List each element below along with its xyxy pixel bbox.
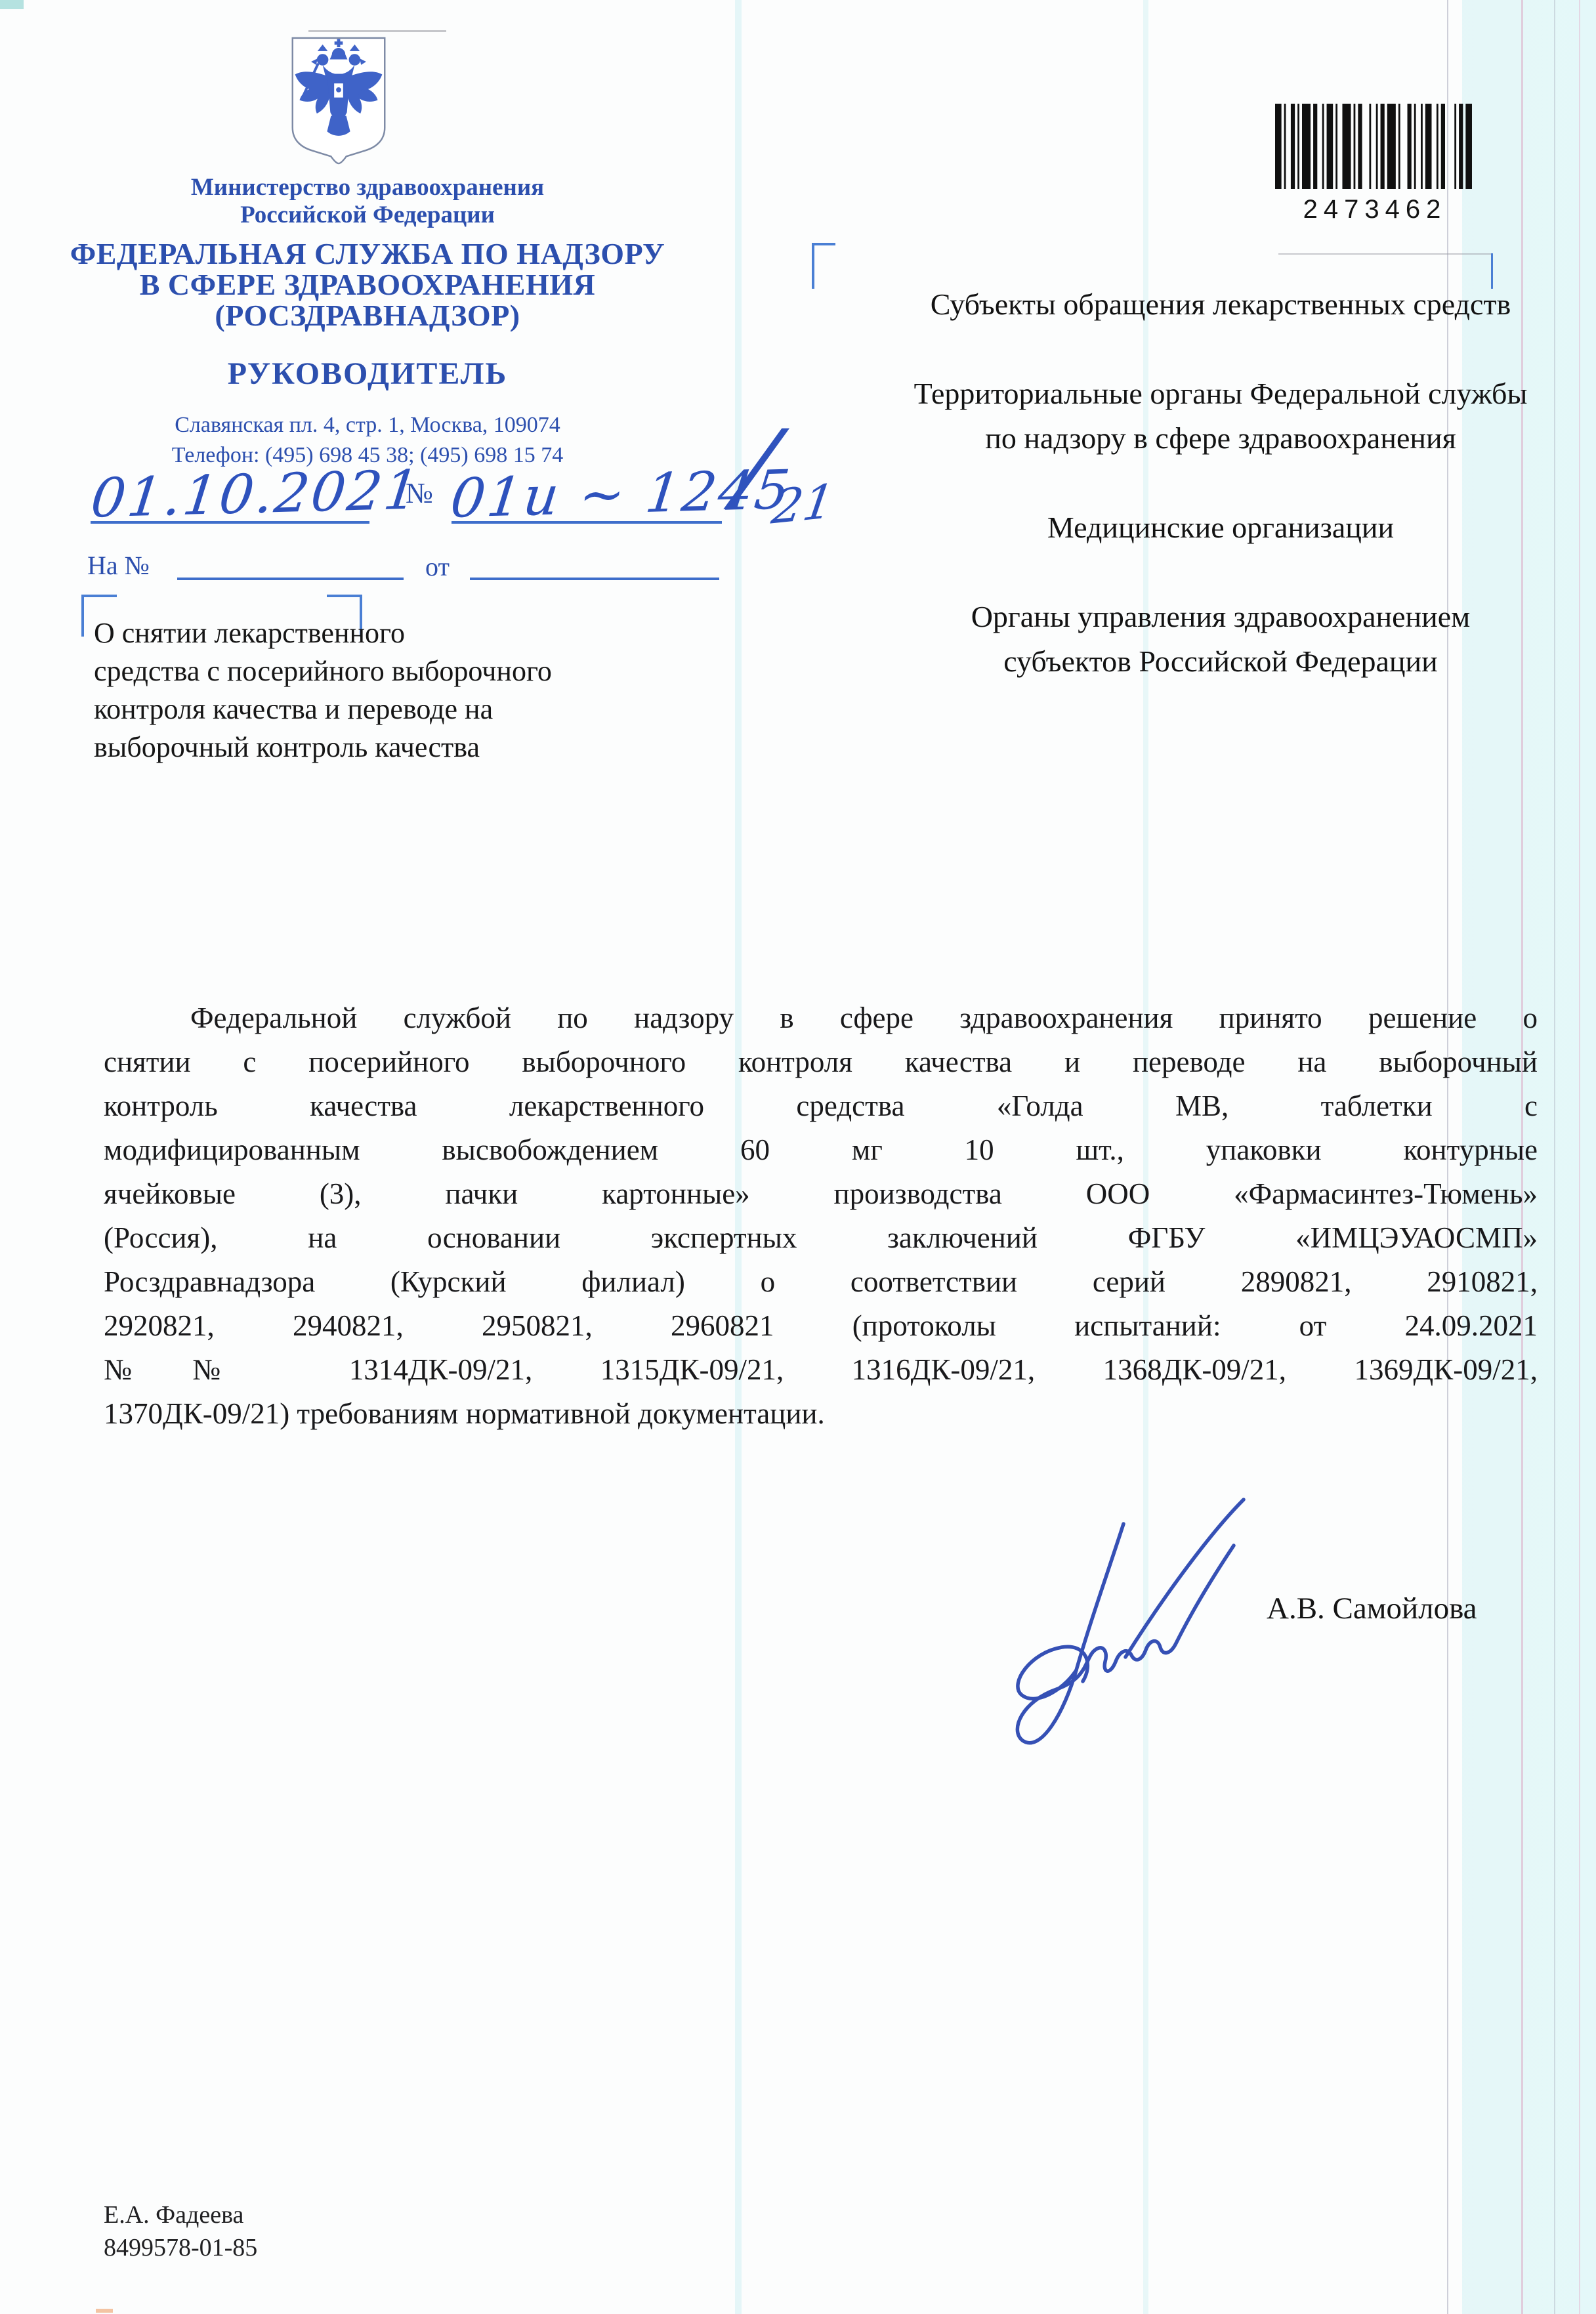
scan-artifact-stripe	[1554, 0, 1555, 2314]
recipient: Территориальные органы Федеральной служб…	[912, 371, 1529, 461]
crop-mark-corner	[327, 595, 362, 597]
ministry-name-line2: Российской Федерации	[39, 201, 696, 229]
barcode-number: 2473462	[1275, 195, 1475, 224]
body-line: модифицированным высвобождением 60 мг 10…	[104, 1128, 1538, 1172]
ot-underline	[470, 578, 719, 580]
body-line: (Россия), на основании экспертных заключ…	[104, 1216, 1538, 1260]
ot-label: от	[425, 551, 450, 582]
crop-mark-corner	[812, 243, 814, 289]
na-no-underline	[177, 578, 404, 580]
agency-name-line3: (РОСЗДРАВНАДЗОР)	[39, 300, 696, 331]
crop-mark-corner	[81, 595, 84, 637]
handwritten-year-suffix: 21	[768, 473, 838, 534]
body-line: ячейковые (3), пачки картонные» производ…	[104, 1172, 1538, 1216]
crop-mark-corner	[812, 243, 835, 245]
body-paragraph: Федеральной службой по надзору в сфере з…	[104, 996, 1538, 1436]
body-line: контроль качества лекарственного средств…	[104, 1084, 1538, 1128]
subject-line: контроля качества и переводе на	[94, 690, 684, 728]
subject-line: выборочный контроль качества	[94, 728, 684, 767]
scan-line	[308, 30, 446, 32]
body-line: 2920821, 2940821, 2950821, 2960821 (прот…	[104, 1304, 1538, 1348]
number-underline	[451, 521, 722, 524]
scan-artifact-chip	[96, 2309, 113, 2313]
ministry-name-line1: Министерство здравоохранения	[39, 174, 696, 201]
crop-mark-line	[1278, 253, 1492, 255]
letterhead-address: Славянская пл. 4, стр. 1, Москва, 109074	[39, 410, 696, 440]
footer-block: Е.А. Фадеева 8499578-01-85	[104, 2198, 257, 2264]
signer-name: А.В. Самойлова	[1267, 1591, 1477, 1626]
subject-line: О снятии лекарственного	[94, 614, 684, 652]
recipient: Медицинские организации	[912, 505, 1529, 550]
russia-coat-of-arms-icon	[287, 34, 390, 165]
agency-name-line1: ФЕДЕРАЛЬНАЯ СЛУЖБА ПО НАДЗОРУ	[39, 238, 696, 269]
body-line: Росздравнадзора (Курский филиал) о соотв…	[104, 1260, 1538, 1304]
na-no-label: На №	[87, 550, 150, 581]
date-underline	[91, 521, 369, 524]
position-title: РУКОВОДИТЕЛЬ	[39, 356, 696, 392]
recipient: Субъекты обращения лекарственных средств	[912, 282, 1529, 327]
body-line: Федеральной службой по надзору в сфере з…	[104, 996, 1538, 1040]
scan-artifact-chip	[0, 0, 24, 9]
handwritten-date: 01.10.2021	[88, 459, 424, 530]
agency-name-line2: В СФЕРЕ ЗДРАВООХРАНЕНИЯ	[39, 269, 696, 300]
recipients-block: Субъекты обращения лекарственных средств…	[912, 282, 1529, 728]
scan-artifact-stripe	[1579, 0, 1580, 2314]
crop-mark-corner	[81, 595, 117, 597]
body-line: 1370ДК-09/21) требованиям нормативной до…	[104, 1392, 1538, 1436]
number-symbol: №	[406, 476, 433, 510]
executor-name: Е.А. Фадеева	[104, 2198, 257, 2231]
body-line: №№ 1314ДК-09/21, 1315ДК-09/21, 1316ДК-09…	[104, 1348, 1538, 1392]
recipient: Органы управления здравоохранением субъе…	[912, 595, 1529, 684]
subject-block: О снятии лекарственногосредства с посери…	[94, 614, 684, 767]
subject-line: средства с посерийного выборочного	[94, 652, 684, 690]
scanned-letter-page: Министерство здравоохранения Российской …	[0, 0, 1596, 2314]
barcode: 2473462	[1275, 104, 1475, 224]
barcode-bars-icon	[1275, 104, 1475, 189]
body-line: снятии с посерийного выборочного контрол…	[104, 1040, 1538, 1084]
executor-phone: 8499578-01-85	[104, 2231, 257, 2264]
